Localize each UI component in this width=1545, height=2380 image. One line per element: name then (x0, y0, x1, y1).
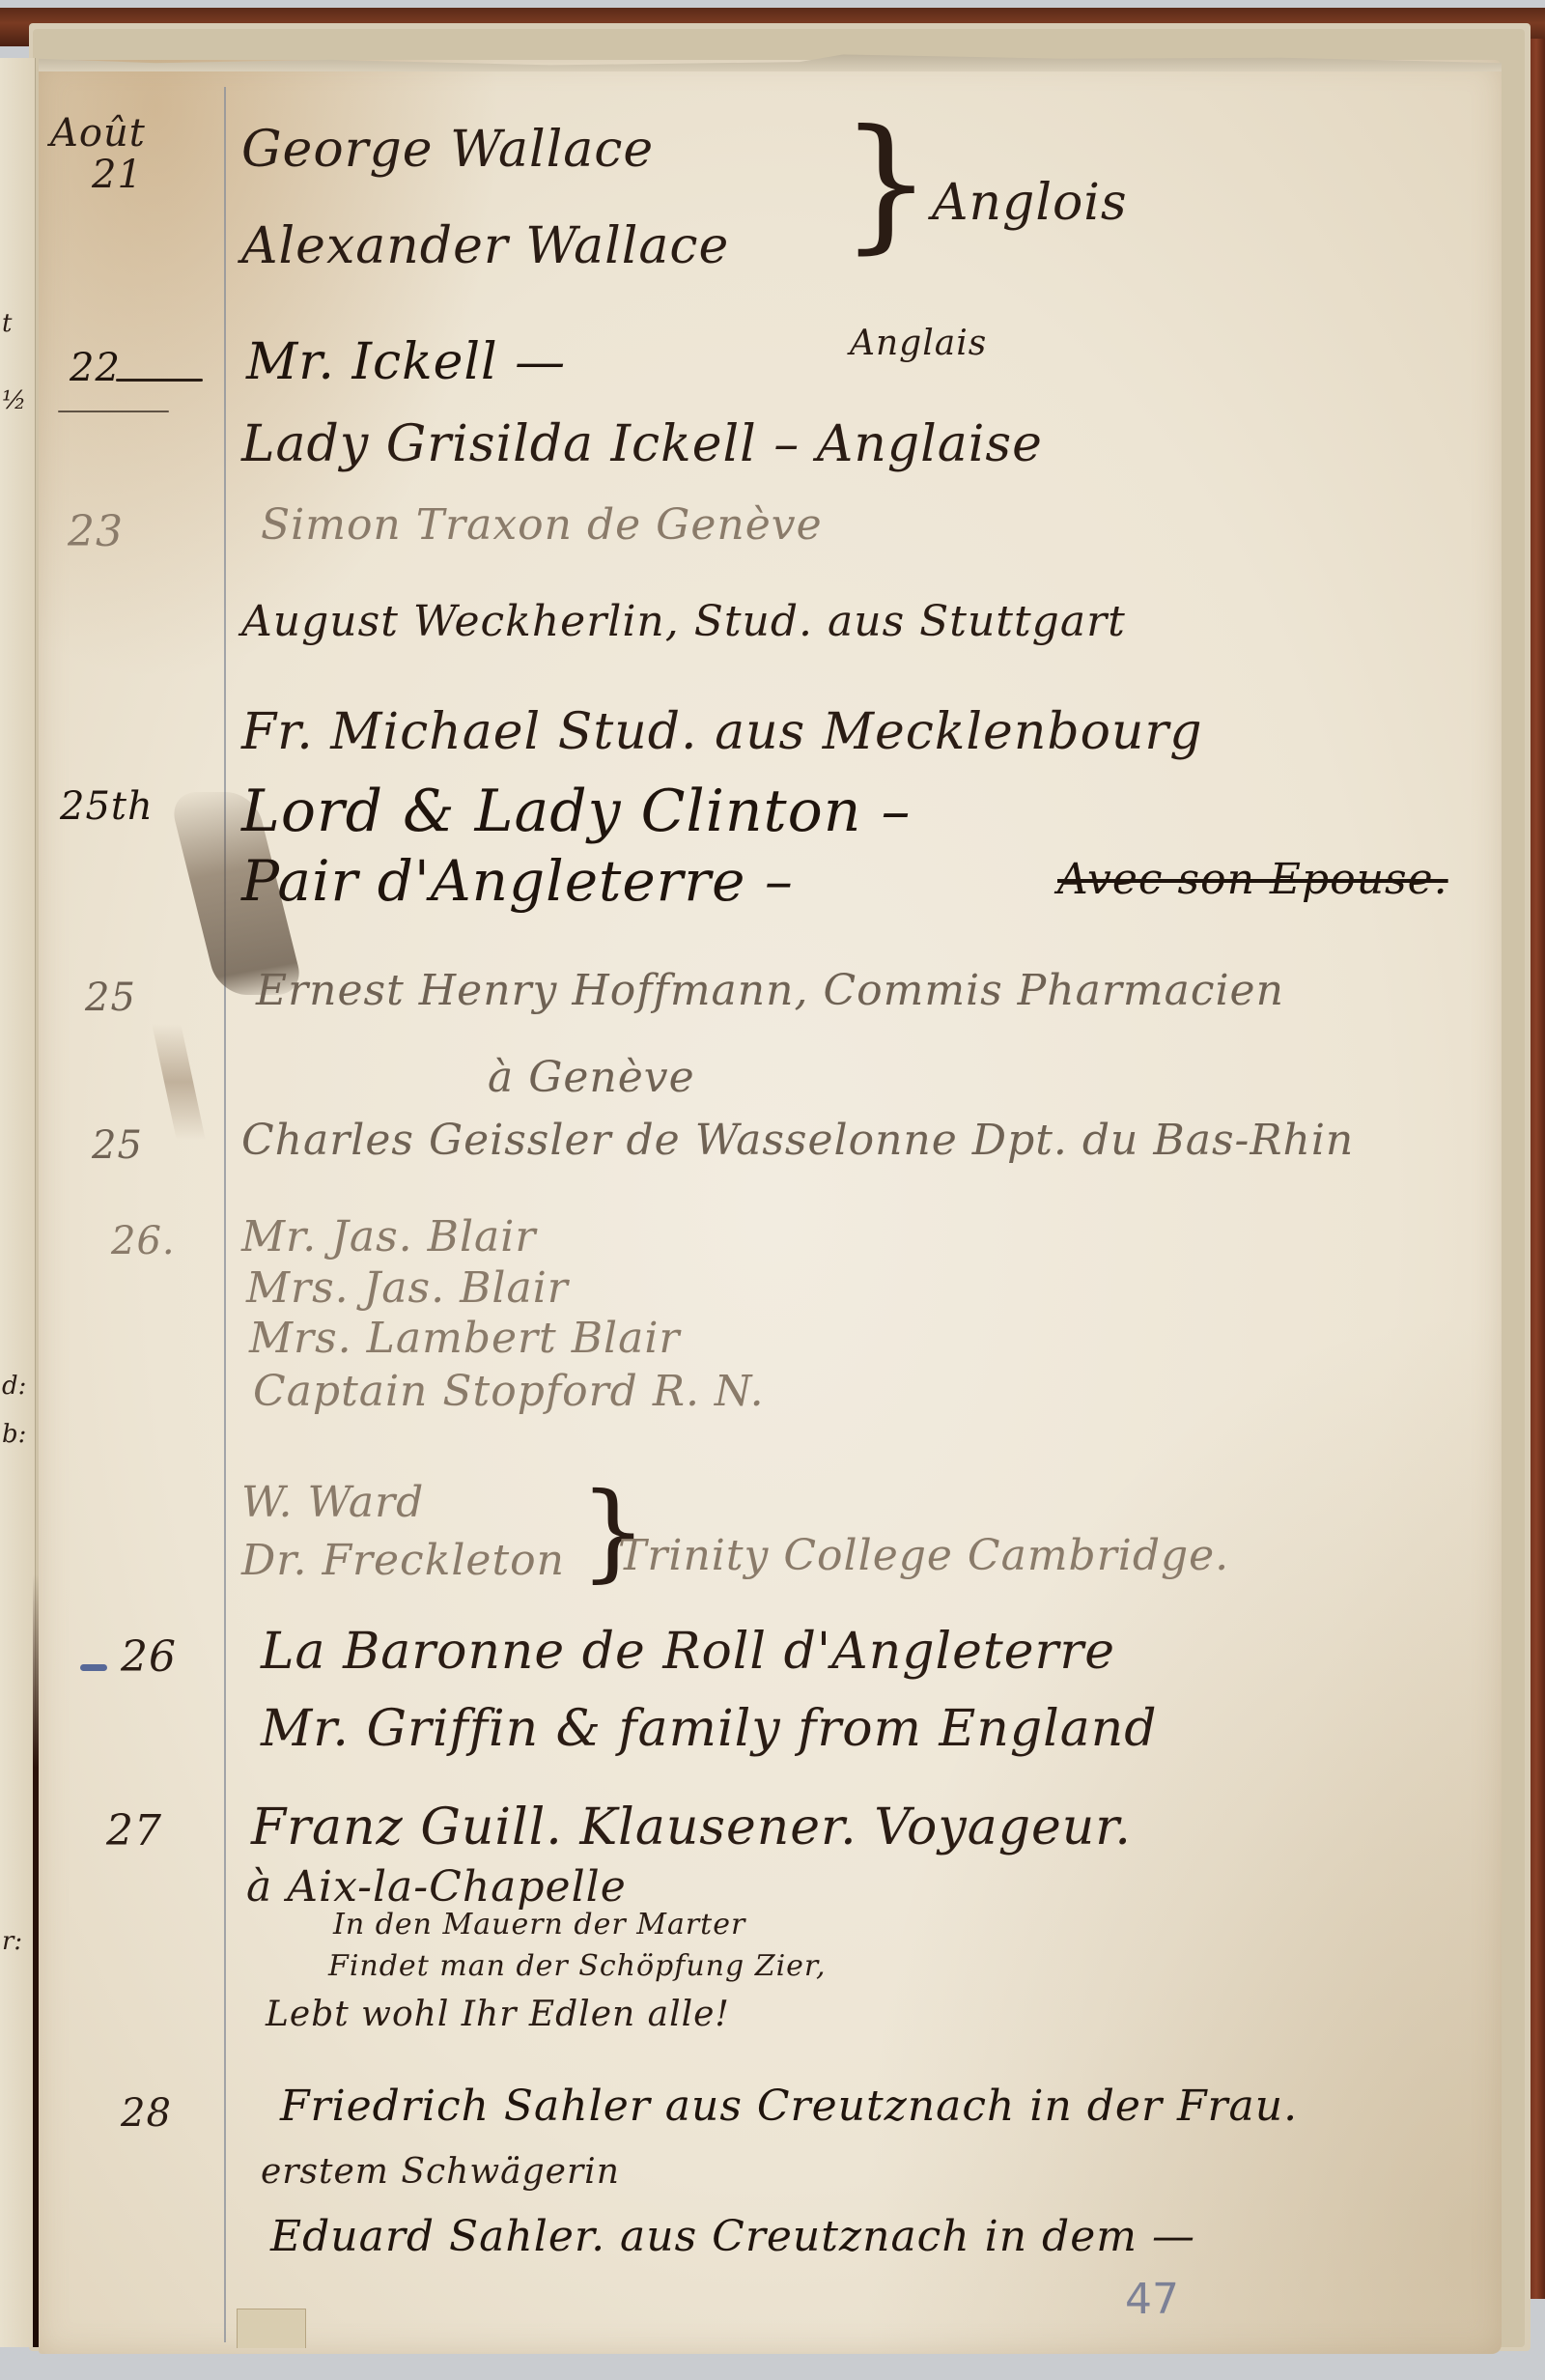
guest-name: W. Ward (241, 1478, 424, 1527)
entry-date: 25 (92, 1123, 143, 1168)
guest-name: August Weckherlin, Stud. aus Stuttgart (241, 597, 1126, 646)
entry-date: 26. (111, 1219, 176, 1263)
struck-out-note: Avec son Epouse. (1057, 855, 1448, 904)
guest-name: Charles Geissler de Wasselonne Dpt. du B… (241, 1116, 1354, 1165)
entry-date: 23 (68, 507, 124, 556)
institution-note: Trinity College Cambridge. (618, 1531, 1229, 1580)
guest-name: George Wallace (241, 121, 654, 179)
blue-pencil-mark (80, 1664, 107, 1671)
guest-residence: à Aix-la-Chapelle (246, 1862, 627, 1912)
guest-name: Friedrich Sahler aus Creutznach in der F… (280, 2082, 1298, 2131)
entry-date: 28 (121, 2091, 172, 2136)
date-margin-rule (224, 87, 226, 2342)
verse-line: Lebt wohl Ihr Edlen alle! (266, 1995, 730, 2034)
guest-name: Simon Traxon de Genève (261, 500, 823, 550)
guest-name: Mrs. Jas. Blair (246, 1263, 569, 1313)
paper-tab (237, 2309, 306, 2348)
guest-name: Mr. Jas. Blair (241, 1212, 536, 1261)
page-number: 47 (1125, 2275, 1179, 2324)
date-underline (116, 379, 203, 382)
guest-name: Alexander Wallace (241, 217, 729, 275)
guest-name: Captain Stopford R. N. (253, 1367, 765, 1416)
verse-line: In den Mauern der Marter (333, 1908, 745, 1941)
facing-page-note: b: (2, 1420, 26, 1449)
month-heading: Août (50, 114, 146, 153)
entry-date: 27 (106, 1806, 162, 1856)
guest-name: Ernest Henry Hoffmann, Commis Pharmacien (256, 966, 1284, 1015)
guest-name: Mr. Ickell — (246, 333, 566, 391)
facing-page-note: d: (2, 1372, 26, 1401)
grouping-brace: } (840, 111, 932, 256)
nationality-note: Anglais (850, 324, 987, 363)
entry-date: 21 (92, 153, 143, 197)
nationality-note: Anglois (932, 174, 1128, 232)
guest-name: Dr. Freckleton (241, 1536, 565, 1585)
entry-date: 22 (70, 346, 121, 390)
guest-name: Mr. Griffin & family from England (261, 1700, 1158, 1758)
guest-name: Lady Grisilda Ickell – Anglaise (241, 415, 1043, 473)
date-underline (58, 411, 169, 412)
entry-date: 25 (85, 976, 136, 1020)
verse-line: Findet man der Schöpfung Zier, (328, 1949, 827, 1983)
guest-name: Pair d'Angleterre – (241, 848, 794, 914)
guest-name: Fr. Michael Stud. aus Mecklenbourg (241, 703, 1203, 761)
facing-page-note: ½ (2, 386, 26, 415)
guest-name: Mrs. Lambert Blair (249, 1314, 680, 1363)
guest-residence: à Genève (488, 1053, 695, 1102)
guest-name: Lord & Lady Clinton – (241, 778, 911, 845)
facing-page-note: t (2, 309, 12, 338)
entry-date: 25th (60, 784, 154, 829)
guest-name: La Baronne de Roll d'Angleterre (261, 1623, 1115, 1681)
entry-date: 26 (121, 1632, 177, 1682)
facing-page-note: r: (2, 1927, 22, 1956)
guest-note: erstem Schwägerin (261, 2152, 620, 2192)
guest-name: Franz Guill. Klausener. Voyageur. (251, 1799, 1132, 1856)
guest-name: Eduard Sahler. aus Creutznach in dem — (270, 2212, 1195, 2261)
register-page (39, 60, 1502, 2354)
